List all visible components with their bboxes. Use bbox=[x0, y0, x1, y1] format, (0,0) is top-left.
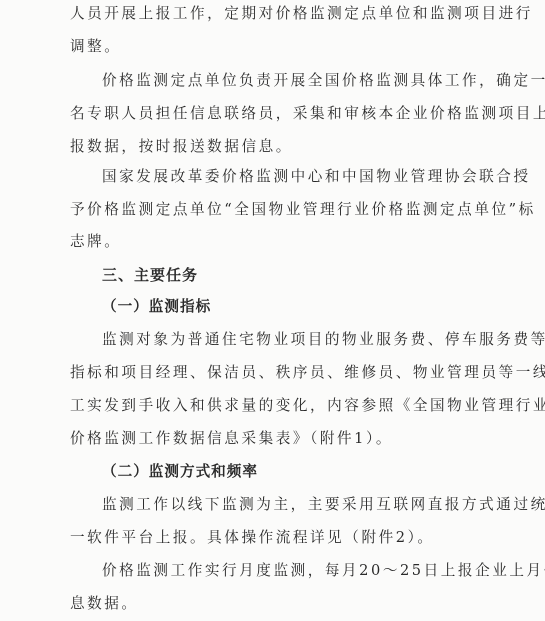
body-line: 名专职人员担任信息联络员，采集和审核本企业价格监测项目上 bbox=[70, 104, 482, 124]
document-page: 人员开展上报工作，定期对价格监测定点单位和监测项目进行 调整。 价格监测定点单位… bbox=[0, 0, 545, 621]
paragraph-start: 国家发展改革委价格监测中心和中国物业管理协会联合授 bbox=[102, 167, 514, 187]
section-heading: 三、主要任务 bbox=[102, 265, 514, 285]
body-line: 价格监测工作数据信息采集表》（附件1）。 bbox=[70, 429, 482, 449]
body-line: 工实发到手收入和供求量的变化，内容参照《全国物业管理行业 bbox=[70, 396, 482, 416]
paragraph-start: 监测对象为普通住宅物业项目的物业服务费、停车服务费等 bbox=[102, 330, 514, 350]
subsection-heading: （一）监测指标 bbox=[102, 297, 514, 317]
subsection-heading: （二）监测方式和频率 bbox=[102, 462, 514, 482]
body-line: 调整。 bbox=[70, 37, 482, 57]
body-line: 报数据，按时报送数据信息。 bbox=[70, 137, 482, 157]
body-line: 指标和项目经理、保洁员、秩序员、维修员、物业管理员等一线员 bbox=[70, 363, 482, 383]
paragraph-start: 监测工作以线下监测为主，主要采用互联网直报方式通过统 bbox=[102, 495, 514, 515]
body-line: 息数据。 bbox=[70, 594, 482, 614]
paragraph-start: 价格监测工作实行月度监测，每月20～25日上报企业上月信 bbox=[102, 561, 514, 581]
paragraph-start: 价格监测定点单位负责开展全国价格监测具体工作，确定一 bbox=[102, 71, 514, 91]
body-line: 志牌。 bbox=[70, 232, 482, 252]
body-line: 人员开展上报工作，定期对价格监测定点单位和监测项目进行 bbox=[70, 4, 482, 24]
body-line: 予价格监测定点单位“全国物业管理行业价格监测定点单位”标 bbox=[70, 200, 482, 220]
body-line: 一软件平台上报。具体操作流程详见（附件2）。 bbox=[70, 528, 482, 548]
